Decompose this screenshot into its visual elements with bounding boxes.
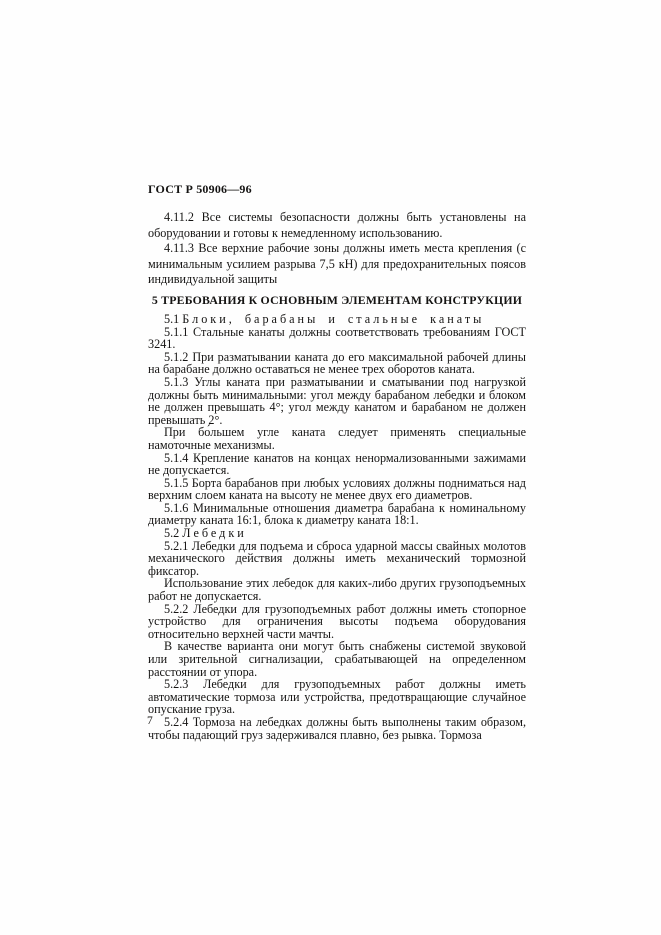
paragraph: 5.1.3 Углы каната при разматывании и сма… — [148, 376, 526, 426]
paragraph: 4.11.2 Все системы безопасности должны б… — [148, 210, 526, 241]
paragraph: 5.1.1 Стальные канаты должны соответство… — [148, 326, 526, 351]
subsection-title: Лебедки — [182, 526, 247, 540]
page-header-standard-number: ГОСТ Р 50906—96 — [148, 182, 526, 197]
page-number: 7 — [147, 715, 153, 727]
text-column: ГОСТ Р 50906—96 4.11.2 Все системы безоп… — [148, 182, 526, 741]
section-heading: 5 ТРЕБОВАНИЯ К ОСНОВНЫМ ЭЛЕМЕНТАМ КОНСТР… — [148, 293, 526, 307]
document-body: 4.11.2 Все системы безопасности должны б… — [148, 210, 526, 741]
subsection-heading: 5.1 Блоки, барабаны и стальные канаты — [148, 313, 526, 326]
paragraph: При бо́льшем угле каната следует применя… — [148, 426, 526, 451]
subsection-title: Блоки, барабаны и стальные канаты — [182, 312, 484, 326]
document-page: ГОСТ Р 50906—96 4.11.2 Все системы безоп… — [0, 0, 661, 935]
paragraph: 5.2.3 Лебедки для грузоподъемных работ д… — [148, 678, 526, 716]
paragraph: 5.2.1 Лебедки для подъема и сброса ударн… — [148, 540, 526, 578]
paragraph: 5.1.4 Крепление канатов на концах ненорм… — [148, 452, 526, 477]
paragraph: 4.11.3 Все верхние рабочие зоны должны и… — [148, 241, 526, 288]
paragraph: 5.2.4 Тормоза на лебедках должны быть вы… — [148, 716, 526, 741]
paragraph: 5.2.2 Лебедки для грузоподъемных работ д… — [148, 603, 526, 641]
paragraph: 5.1.6 Минимальные отношения диаметра бар… — [148, 502, 526, 527]
paragraph: 5.1.2 При разматывании каната до его мак… — [148, 351, 526, 376]
paragraph: Использование этих лебедок для каких-либ… — [148, 577, 526, 602]
subsection-heading: 5.2 Лебедки — [148, 527, 526, 540]
paragraph: В качестве варианта они могут быть снабж… — [148, 640, 526, 678]
subsection-number: 5.1 — [164, 312, 182, 326]
paragraph: 5.1.5 Борта барабанов при любых условиях… — [148, 477, 526, 502]
subsection-number: 5.2 — [164, 526, 182, 540]
